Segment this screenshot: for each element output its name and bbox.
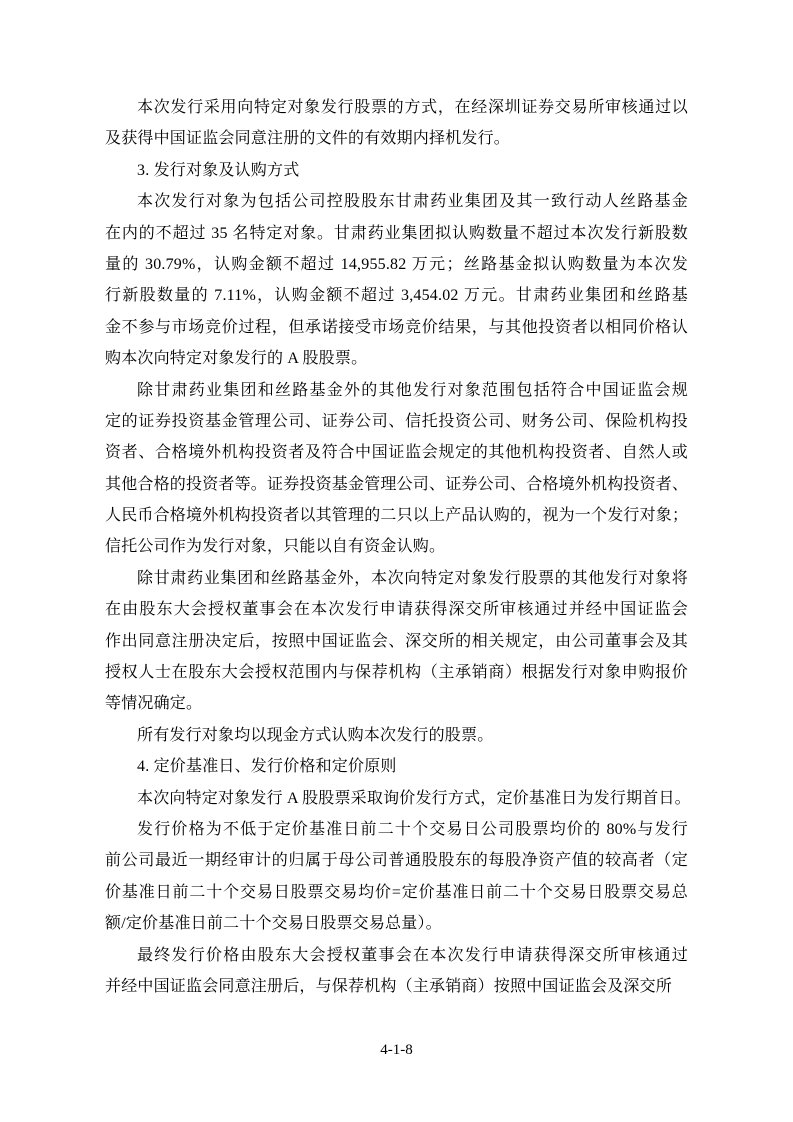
paragraph-line: 额/定价基准日前二十个交易日股票交易总量）。 [105, 908, 688, 939]
paragraph-line: 及获得中国证监会同意注册的文件的有效期内择机发行。 [105, 123, 688, 154]
paragraph-line: 并经中国证监会同意注册后，与保荐机构（主承销商）按照中国证监会及深交所 [105, 971, 688, 1002]
paragraph-line: 前公司最近一期经审计的归属于母公司普通股股东的每股净资产值的较高者（定 [105, 845, 688, 876]
paragraph-line: 作出同意注册决定后，按照中国证监会、深交所的相关规定，由公司董事会及其 [105, 626, 688, 657]
paragraph-line: 行新股数量的 7.11%，认购金额不超过 3,454.02 万元。甘肃药业集团和… [105, 280, 688, 311]
paragraph-line: 信托公司作为发行对象，只能以自有资金认购。 [105, 531, 688, 562]
paragraph-line: 金不参与市场竞价过程，但承诺接受市场竞价结果，与其他投资者以相同价格认 [105, 312, 688, 343]
paragraph-line: 所有发行对象均以现金方式认购本次发行的股票。 [105, 720, 688, 751]
paragraph-line: 在内的不超过 35 名特定对象。甘肃药业集团拟认购数量不超过本次发行新股数 [105, 218, 688, 249]
paragraph-line: 本次发行采用向特定对象发行股票的方式，在经深圳证券交易所审核通过以 [105, 92, 688, 123]
document-page: 本次发行采用向特定对象发行股票的方式，在经深圳证券交易所审核通过以及获得中国证监… [0, 0, 793, 1122]
paragraph-line: 在由股东大会授权董事会在本次发行申请获得深交所审核通过并经中国证监会 [105, 594, 688, 625]
paragraph-line: 资者、合格境外机构投资者及符合中国证监会规定的其他机构投资者、自然人或 [105, 437, 688, 468]
paragraph-line: 人民币合格境外机构投资者以其管理的二只以上产品认购的，视为一个发行对象； [105, 500, 688, 531]
paragraph-line: 量的 30.79%，认购金额不超过 14,955.82 万元；丝路基金拟认购数量… [105, 249, 688, 280]
paragraph-line: 授权人士在股东大会授权范围内与保荐机构（主承销商）根据发行对象申购报价 [105, 657, 688, 688]
paragraph-line: 除甘肃药业集团和丝路基金外的其他发行对象范围包括符合中国证监会规 [105, 375, 688, 406]
paragraph-line: 定的证券投资基金管理公司、证券公司、信托投资公司、财务公司、保险机构投 [105, 406, 688, 437]
page-footer: 4-1-8 [0, 1040, 793, 1060]
paragraph-line: 除甘肃药业集团和丝路基金外，本次向特定对象发行股票的其他发行对象将 [105, 563, 688, 594]
paragraph-line: 价基准日前二十个交易日股票交易均价=定价基准日前二十个交易日股票交易总 [105, 877, 688, 908]
paragraph-line: 其他合格的投资者等。证券投资基金管理公司、证券公司、合格境外机构投资者、 [105, 469, 688, 500]
paragraph-line: 本次发行对象为包括公司控股股东甘肃药业集团及其一致行动人丝路基金 [105, 186, 688, 217]
section-heading-line: 4. 定价基准日、发行价格和定价原则 [105, 751, 688, 782]
paragraph-line: 等情况确定。 [105, 688, 688, 719]
paragraph-line: 本次向特定对象发行 A 股股票采取询价发行方式，定价基准日为发行期首日。 [105, 783, 688, 814]
section-heading-line: 3. 发行对象及认购方式 [105, 155, 688, 186]
page-number: 4-1-8 [380, 1042, 413, 1058]
paragraph-line: 发行价格为不低于定价基准日前二十个交易日公司股票均价的 80%与发行 [105, 814, 688, 845]
paragraph-line: 购本次向特定对象发行的 A 股股票。 [105, 343, 688, 374]
document-body: 本次发行采用向特定对象发行股票的方式，在经深圳证券交易所审核通过以及获得中国证监… [105, 92, 688, 1002]
paragraph-line: 最终发行价格由股东大会授权董事会在本次发行申请获得深交所审核通过 [105, 940, 688, 971]
